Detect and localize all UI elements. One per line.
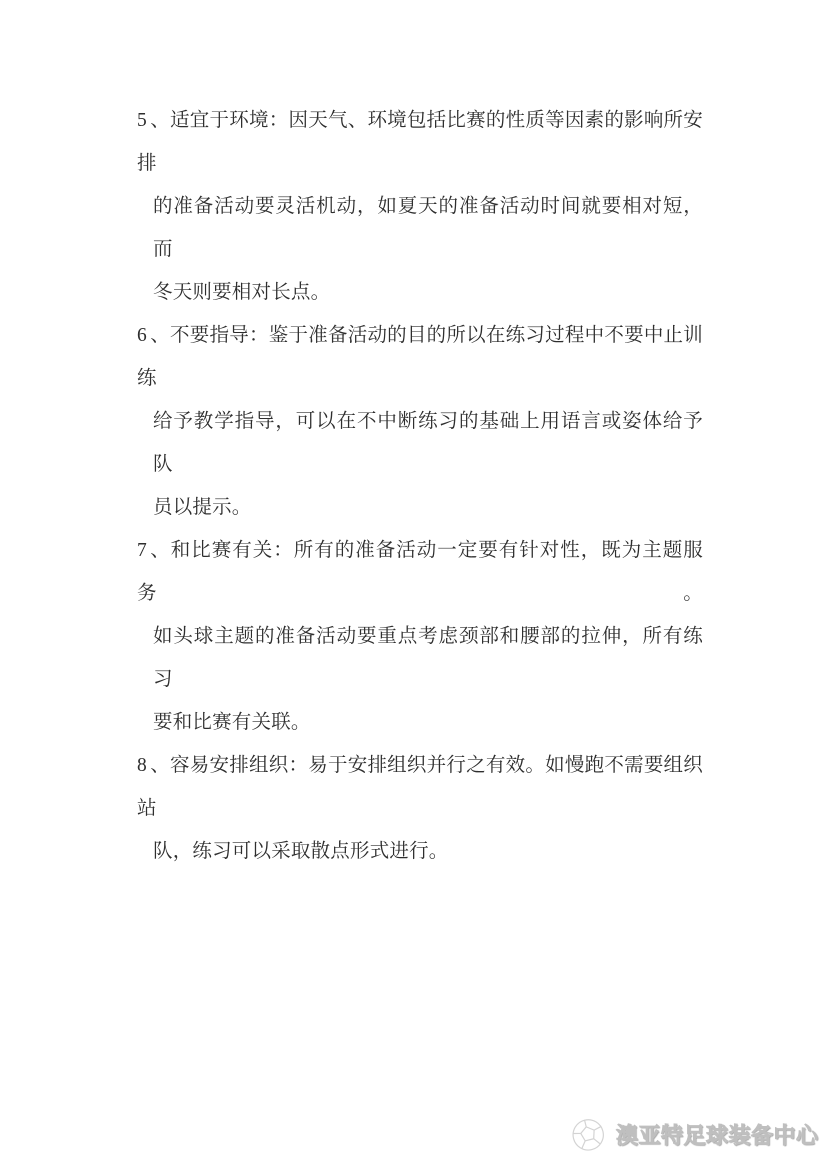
list-item-line: 6、不要指导：鉴于准备活动的目的所以在练习过程中不要中止训练	[137, 314, 703, 400]
list-item-number: 7、	[137, 529, 170, 572]
list-item-number: 8、	[137, 744, 170, 787]
list-item-text: 和比赛有关：所有的准备活动一定要有针对性，既为主题服务。	[137, 540, 703, 604]
list-item-text: 给予教学指导，可以在不中断练习的基础上用语言或姿体给予队	[153, 411, 703, 475]
list-item-line: 如头球主题的准备活动要重点考虑颈部和腰部的拉伸，所有练习	[153, 615, 703, 701]
list-item-text: 的准备活动要灵活机动，如夏天的准备活动时间就要相对短，而	[153, 196, 703, 260]
list-item-line: 队，练习可以采取散点形式进行。	[153, 830, 703, 873]
list-item-line: 冬天则要相对长点。	[153, 271, 703, 314]
list-item-text: 适宜于环境：因天气、环境包括比赛的性质等因素的影响所安排	[137, 110, 703, 174]
watermark: 澳亚特足球装备中心	[566, 1110, 819, 1158]
list-item-number: 6、	[137, 314, 170, 357]
list-item-text: 如头球主题的准备活动要重点考虑颈部和腰部的拉伸，所有练习	[153, 626, 703, 690]
list-item-line: 5、适宜于环境：因天气、环境包括比赛的性质等因素的影响所安排	[137, 99, 703, 185]
list-item-line: 要和比赛有关联。	[153, 701, 703, 744]
soccer-ball-icon	[566, 1112, 610, 1156]
list-item-text: 容易安排组织：易于安排组织并行之有效。如慢跑不需要组织站	[137, 755, 703, 819]
list-item: 7、和比赛有关：所有的准备活动一定要有针对性，既为主题服务。如头球主题的准备活动…	[137, 529, 703, 744]
list-item-text: 冬天则要相对长点。	[153, 282, 330, 303]
document-page: 5、适宜于环境：因天气、环境包括比赛的性质等因素的影响所安排的准备活动要灵活机动…	[0, 0, 827, 1169]
list-item-text: 员以提示。	[153, 497, 252, 518]
list-item-line: 给予教学指导，可以在不中断练习的基础上用语言或姿体给予队	[153, 400, 703, 486]
numbered-list: 5、适宜于环境：因天气、环境包括比赛的性质等因素的影响所安排的准备活动要灵活机动…	[137, 99, 703, 873]
list-item-line: 7、和比赛有关：所有的准备活动一定要有针对性，既为主题服务。	[137, 529, 703, 615]
list-item: 8、容易安排组织：易于安排组织并行之有效。如慢跑不需要组织站队，练习可以采取散点…	[137, 744, 703, 873]
list-item-line: 8、容易安排组织：易于安排组织并行之有效。如慢跑不需要组织站	[137, 744, 703, 830]
list-item-text: 要和比赛有关联。	[153, 712, 311, 733]
list-item-line: 员以提示。	[153, 486, 703, 529]
list-item: 5、适宜于环境：因天气、环境包括比赛的性质等因素的影响所安排的准备活动要灵活机动…	[137, 99, 703, 314]
list-item-text: 队，练习可以采取散点形式进行。	[153, 841, 449, 862]
list-item-number: 5、	[137, 99, 170, 142]
watermark-label: 澳亚特足球装备中心	[616, 1119, 819, 1150]
list-item-line: 的准备活动要灵活机动，如夏天的准备活动时间就要相对短，而	[153, 185, 703, 271]
list-item: 6、不要指导：鉴于准备活动的目的所以在练习过程中不要中止训练给予教学指导，可以在…	[137, 314, 703, 529]
list-item-text: 不要指导：鉴于准备活动的目的所以在练习过程中不要中止训练	[137, 325, 703, 389]
